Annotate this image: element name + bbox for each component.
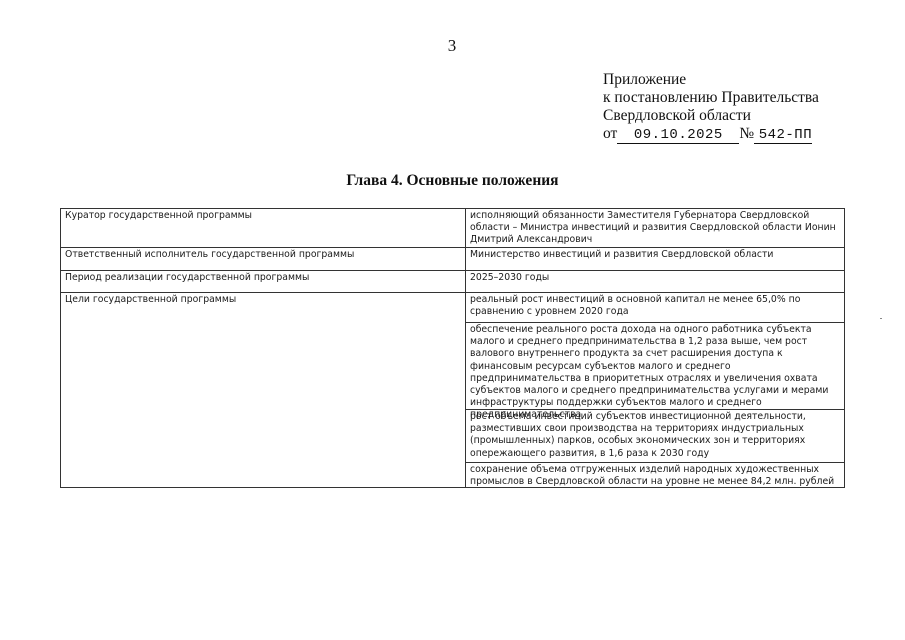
row-value-curator: исполняющий обязанности Заместителя Губе… (466, 209, 845, 248)
page-number: 3 (440, 36, 464, 56)
appendix-title: Приложение (603, 71, 819, 89)
resolution-number: 542-ПП (754, 128, 812, 144)
date-prefix: от (603, 125, 617, 142)
scan-artifact (880, 318, 882, 319)
appendix-header: Приложение к постановлению Правительства… (603, 71, 819, 144)
table-row: Цели государственной программы реальный … (61, 293, 845, 488)
row-value-goals: реальный рост инвестиций в основной капи… (466, 293, 845, 488)
appendix-date-number-line: от09.10.2025№542-ПП (603, 125, 819, 144)
goal-item: реальный рост инвестиций в основной капи… (466, 293, 844, 323)
chapter-title: Глава 4. Основные положения (0, 172, 905, 190)
table-row: Ответственный исполнитель государственно… (61, 248, 845, 271)
resolution-date: 09.10.2025 (617, 128, 739, 144)
row-label-goals: Цели государственной программы (61, 293, 466, 488)
row-label-executor: Ответственный исполнитель государственно… (61, 248, 466, 271)
row-label-period: Период реализации государственной програ… (61, 271, 466, 293)
row-label-curator: Куратор государственной программы (61, 209, 466, 248)
goal-item: сохранение объема отгруженных изделий на… (466, 463, 844, 487)
table-row: Период реализации государственной програ… (61, 271, 845, 293)
row-value-executor: Министерство инвестиций и развития Сверд… (466, 248, 845, 271)
table-row: Куратор государственной программы исполн… (61, 209, 845, 248)
appendix-region: Свердловской области (603, 107, 819, 125)
goal-item: обеспечение реального роста дохода на од… (466, 323, 844, 410)
row-value-period: 2025–2030 годы (466, 271, 845, 293)
number-prefix: № (739, 125, 754, 142)
appendix-resolution-ref: к постановлению Правительства (603, 89, 819, 107)
goal-item: рост объема инвестиций субъектов инвести… (466, 410, 844, 463)
program-passport-table: Куратор государственной программы исполн… (60, 208, 845, 488)
